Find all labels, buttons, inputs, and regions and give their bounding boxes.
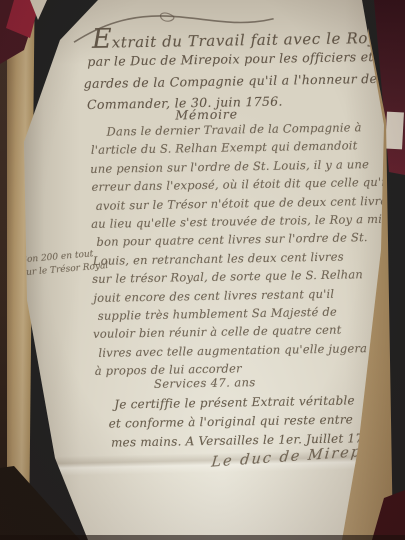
title-line: gardes de la Compagnie qu'il a l'honneur… (84, 71, 378, 91)
photo-of-manuscript: Extrait du Travail fait avec le Roy par … (0, 0, 405, 540)
services-line: Services 47. ans (154, 375, 256, 391)
right-paper-sliver (385, 112, 404, 150)
certification-block: Je certiffie le présent Extrait véritabl… (114, 391, 383, 452)
left-shadow-edge (0, 0, 7, 540)
handwritten-text-layer: Extrait du Travail fait avec le Roy par … (0, 0, 405, 540)
memoire-body: Dans le dernier Travail de la Compagnie … (90, 118, 394, 381)
bottom-shadow-strip (0, 535, 405, 540)
manuscript-page: Extrait du Travail fait avec le Roy par … (0, 0, 405, 540)
